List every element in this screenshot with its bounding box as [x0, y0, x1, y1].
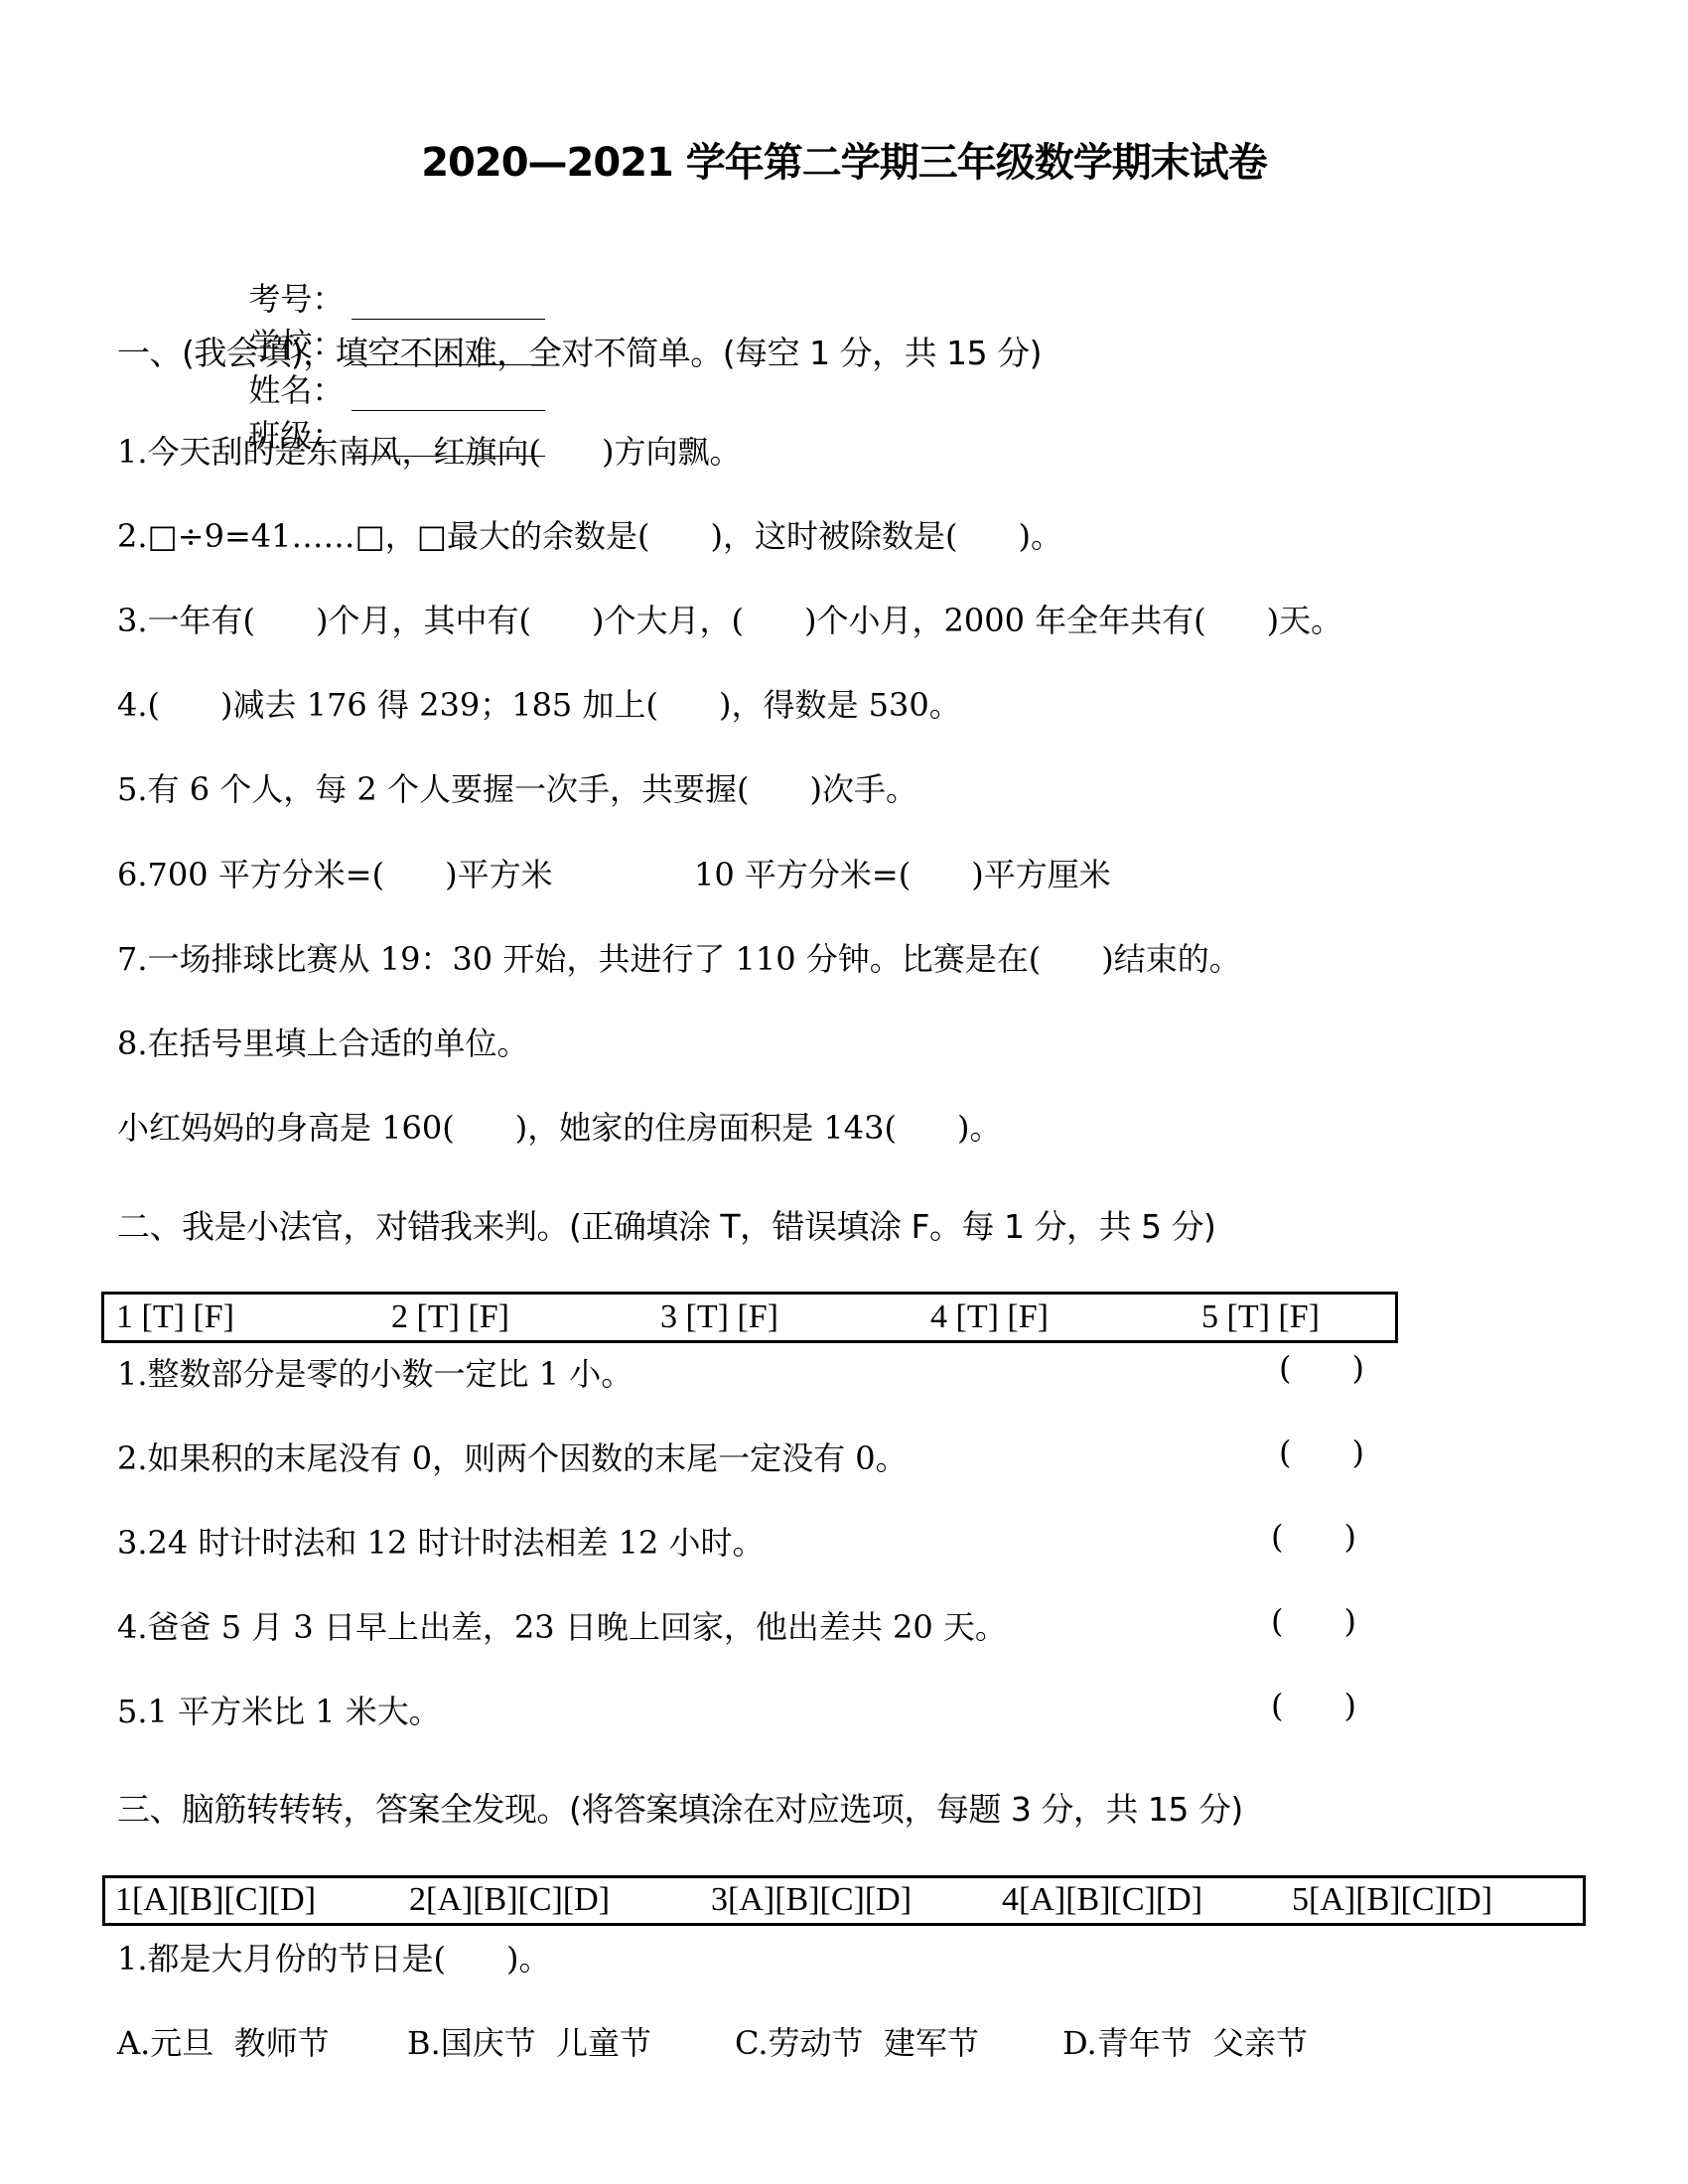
- tf-answer-group-4: 4 [T] [F]: [930, 1298, 1049, 1336]
- mc-option-a[interactable]: [A]: [426, 1881, 473, 1918]
- judgment-answer-1[interactable]: ( ): [1279, 1349, 1364, 1387]
- mc-option-d[interactable]: [D]: [865, 1881, 912, 1918]
- choice-option-b: B.国庆节 儿童节: [407, 2018, 651, 2064]
- true-false-answer-sheet: 1 [T] [F] 2 [T] [F] 3 [T] [F] 4 [T] [F] …: [101, 1292, 1398, 1343]
- mc-option-c[interactable]: [C]: [1401, 1881, 1446, 1918]
- mc-option-c[interactable]: [C]: [518, 1881, 563, 1918]
- judgment-item-3: 3.24 时计时法和 12 时计时法相差 12 小时。: [117, 1518, 765, 1564]
- mc-option-a[interactable]: [A]: [1309, 1881, 1355, 1918]
- judgment-answer-5[interactable]: ( ): [1271, 1687, 1356, 1724]
- mc-question-number: 2: [409, 1881, 426, 1918]
- fill-blank-item-6: 6.700 平方分米=( )平方米 10 平方分米=( )平方厘米: [117, 850, 1111, 895]
- mc-option-c[interactable]: [C]: [1111, 1881, 1156, 1918]
- section3-heading: 三、脑筋转转转，答案全发现。(将答案填涂在对应选项，每题 3 分，共 15 分): [117, 1784, 1243, 1831]
- name-label: 姓名：: [248, 371, 344, 409]
- tf-option-f[interactable]: [F]: [468, 1298, 509, 1335]
- multiple-choice-answer-sheet: 1[A][B][C][D] 2[A][B][C][D] 3[A][B][C][D…: [102, 1875, 1586, 1926]
- exam-title: 2020—2021 学年第二学期三年级数学期末试卷: [0, 131, 1688, 188]
- name-field[interactable]: [352, 382, 545, 411]
- judgment-item-4: 4.爸爸 5 月 3 日早上出差，23 日晚上回家，他出差共 20 天。: [117, 1602, 1007, 1648]
- judgment-answer-4[interactable]: ( ): [1271, 1602, 1356, 1640]
- tf-question-number: 4: [930, 1298, 947, 1335]
- mc-answer-group-4: 4[A][B][C][D]: [1002, 1881, 1202, 1919]
- tf-option-t[interactable]: [T]: [142, 1298, 185, 1335]
- tf-question-number: 5: [1201, 1298, 1218, 1335]
- judgment-answer-2[interactable]: ( ): [1279, 1433, 1364, 1471]
- exam-number-label: 考号：: [248, 280, 344, 318]
- judgment-item-1: 1.整数部分是零的小数一定比 1 小。: [117, 1349, 633, 1395]
- mc-option-d[interactable]: [D]: [1156, 1881, 1202, 1918]
- choice-option-c: C.劳动节 建军节: [735, 2018, 979, 2064]
- tf-answer-group-5: 5 [T] [F]: [1201, 1298, 1320, 1336]
- mc-option-a[interactable]: [A]: [1019, 1881, 1065, 1918]
- tf-question-number: 1: [116, 1298, 133, 1335]
- mc-option-c[interactable]: [C]: [820, 1881, 865, 1918]
- tf-option-f[interactable]: [F]: [1007, 1298, 1049, 1335]
- choice-question-1: 1.都是大月份的节日是( )。: [117, 1934, 551, 1979]
- tf-option-f[interactable]: [F]: [1278, 1298, 1320, 1335]
- mc-question-number: 1: [115, 1881, 132, 1918]
- mc-option-b[interactable]: [B]: [179, 1881, 223, 1918]
- mc-option-b[interactable]: [B]: [774, 1881, 819, 1918]
- tf-question-number: 2: [391, 1298, 408, 1335]
- section1-heading: 一、(我会填)，填空不困难，全对不简单。(每空 1 分，共 15 分): [117, 328, 1042, 374]
- choice-option-d: D.青年节 父亲节: [1062, 2018, 1308, 2064]
- fill-blank-item-8: 8.在括号里填上合适的单位。: [117, 1019, 529, 1064]
- mc-question-number: 4: [1002, 1881, 1019, 1918]
- judgment-item-5: 5.1 平方米比 1 米大。: [117, 1687, 441, 1732]
- choice-option-a: A.元旦 教师节: [117, 2018, 330, 2064]
- tf-option-t[interactable]: [T]: [686, 1298, 729, 1335]
- mc-option-b[interactable]: [B]: [1355, 1881, 1400, 1918]
- exam-number-field[interactable]: [352, 291, 545, 320]
- mc-answer-group-5: 5[A][B][C][D]: [1292, 1881, 1492, 1919]
- fill-blank-item-5: 5.有 6 个人，每 2 个人要握一次手，共要握( )次手。: [117, 764, 917, 810]
- mc-answer-group-1: 1[A][B][C][D]: [115, 1881, 316, 1919]
- mc-option-a[interactable]: [A]: [132, 1881, 179, 1918]
- fill-blank-item-8-sub: 小红妈妈的身高是 160( )，她家的住房面积是 143( )。: [117, 1103, 1002, 1149]
- tf-option-t[interactable]: [T]: [956, 1298, 999, 1335]
- mc-option-c[interactable]: [C]: [224, 1881, 269, 1918]
- mc-option-d[interactable]: [D]: [1446, 1881, 1492, 1918]
- mc-option-d[interactable]: [D]: [563, 1881, 610, 1918]
- section2-heading: 二、我是小法官，对错我来判。(正确填涂 T，错误填涂 F。每 1 分，共 5 分…: [117, 1201, 1215, 1248]
- mc-answer-group-3: 3[A][B][C][D]: [711, 1881, 912, 1919]
- mc-option-d[interactable]: [D]: [269, 1881, 316, 1918]
- fill-blank-item-1: 1.今天刮的是东南风，红旗向( )方向飘。: [117, 427, 742, 473]
- tf-answer-group-3: 3 [T] [F]: [660, 1298, 778, 1336]
- mc-question-number: 3: [711, 1881, 728, 1918]
- mc-question-number: 5: [1292, 1881, 1309, 1918]
- tf-question-number: 3: [660, 1298, 677, 1335]
- fill-blank-item-3: 3.一年有( )个月，其中有( )个大月，( )个小月，2000 年全年共有( …: [117, 596, 1342, 641]
- judgment-item-2: 2.如果积的末尾没有 0，则两个因数的末尾一定没有 0。: [117, 1433, 908, 1479]
- mc-option-b[interactable]: [B]: [1065, 1881, 1110, 1918]
- fill-blank-item-7: 7.一场排球比赛从 19：30 开始，共进行了 110 分钟。比赛是在( )结束…: [117, 934, 1241, 980]
- mc-answer-group-2: 2[A][B][C][D]: [409, 1881, 610, 1919]
- tf-answer-group-1: 1 [T] [F]: [116, 1298, 234, 1336]
- judgment-answer-3[interactable]: ( ): [1271, 1518, 1356, 1556]
- tf-option-f[interactable]: [F]: [193, 1298, 234, 1335]
- fill-blank-item-4: 4.( )减去 176 得 239；185 加上( )，得数是 530。: [117, 680, 961, 726]
- tf-answer-group-2: 2 [T] [F]: [391, 1298, 509, 1336]
- tf-option-t[interactable]: [T]: [1227, 1298, 1270, 1335]
- tf-option-t[interactable]: [T]: [417, 1298, 460, 1335]
- fill-blank-item-2: 2.□÷9=41……□，□最大的余数是( )，这时被除数是( )。: [117, 511, 1062, 557]
- mc-option-b[interactable]: [B]: [473, 1881, 517, 1918]
- tf-option-f[interactable]: [F]: [737, 1298, 778, 1335]
- mc-option-a[interactable]: [A]: [728, 1881, 774, 1918]
